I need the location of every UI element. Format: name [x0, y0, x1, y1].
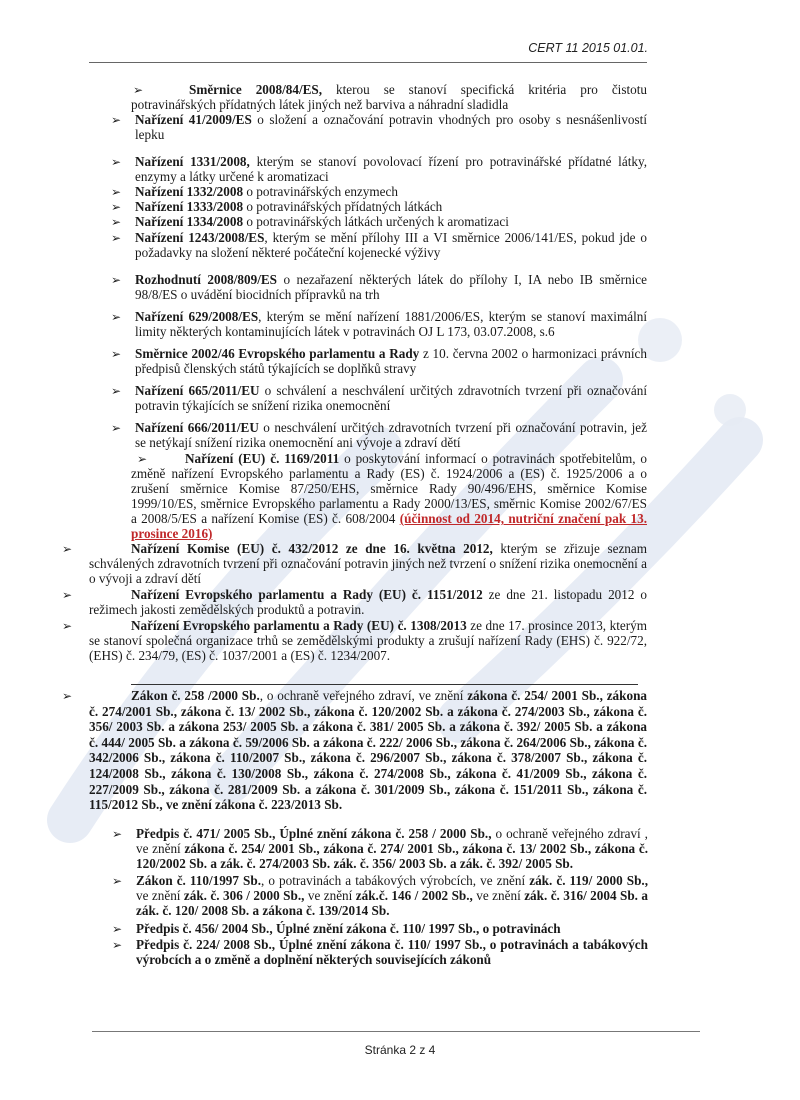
sub-list-item: Předpis č. 224/ 2008 Sb., Úplné znění zá… — [136, 937, 648, 967]
bullet-icon: ➢ — [62, 619, 72, 634]
bullet-icon: ➢ — [62, 588, 72, 603]
sub-list-item: Předpis č. 471/ 2005 Sb., Úplné znění zá… — [136, 826, 648, 871]
list-item: Rozhodnutí 2008/809/ES o nezařazení někt… — [135, 272, 647, 302]
list-item: Nařízení (EU) č. 1169/2011 o poskytování… — [131, 451, 647, 541]
bullet-icon: ➢ — [62, 689, 72, 704]
bullet-icon: ➢ — [112, 874, 122, 889]
footer-rule — [92, 1031, 700, 1032]
list-item: Nařízení 1332/2008 o potravinářských enz… — [135, 184, 647, 199]
sub-list-item: Předpis č. 456/ 2004 Sb., Úplné znění zá… — [136, 921, 648, 936]
list-item: Nařízení 1331/2008, kterým se stanoví po… — [135, 154, 647, 184]
bullet-icon: ➢ — [112, 827, 122, 842]
bullet-icon: ➢ — [111, 200, 121, 215]
list-item-law-258: Zákon č. 258 /2000 Sb., o ochraně veřejn… — [89, 688, 647, 813]
list-item: Směrnice 2002/46 Evropského parlamentu a… — [135, 346, 647, 376]
bullet-icon: ➢ — [62, 542, 72, 557]
bullet-icon: ➢ — [111, 185, 121, 200]
list-item: Směrnice 2008/84/ES, kterou se stanoví s… — [131, 82, 647, 112]
bullet-icon: ➢ — [111, 155, 121, 170]
list-item: Nařízení 629/2008/ES, kterým se mění nař… — [135, 309, 647, 339]
sub-list-item: Zákon č. 110/1997 Sb., o potravinách a t… — [136, 873, 648, 918]
bullet-icon: ➢ — [112, 922, 122, 937]
list-item: Nařízení 1333/2008 o potravinářských pří… — [135, 199, 647, 214]
list-item: Nařízení Evropského parlamentu a Rady (E… — [89, 587, 647, 617]
bullet-icon: ➢ — [112, 938, 122, 953]
bullet-icon: ➢ — [111, 231, 121, 246]
bullet-icon: ➢ — [111, 310, 121, 325]
list-item: Nařízení Komise (EU) č. 432/2012 ze dne … — [89, 541, 647, 586]
bullet-icon: ➢ — [111, 113, 121, 128]
bullet-icon: ➢ — [111, 215, 121, 230]
document-code: CERT 11 2015 01.01. — [528, 41, 648, 55]
list-item: Nařízení 665/2011/EU o schválení a nesch… — [135, 383, 647, 413]
list-item: Nařízení 1334/2008 o potravinářských lát… — [135, 214, 647, 229]
list-item: Nařízení 1243/2008/ES, kterým se mění př… — [135, 230, 647, 260]
list-item: Nařízení 41/2009/ES o složení a označová… — [135, 112, 647, 142]
bullet-icon: ➢ — [111, 347, 121, 362]
list-item: Nařízení Evropského parlamentu a Rady (E… — [89, 618, 647, 663]
bullet-icon: ➢ — [111, 273, 121, 288]
header-rule — [89, 62, 647, 63]
page-number: Stránka 2 z 4 — [0, 1043, 800, 1057]
bullet-icon: ➢ — [111, 384, 121, 399]
bullet-icon: ➢ — [111, 421, 121, 436]
section-divider — [131, 684, 638, 685]
list-item: Nařízení 666/2011/EU o neschválení určit… — [135, 420, 647, 450]
